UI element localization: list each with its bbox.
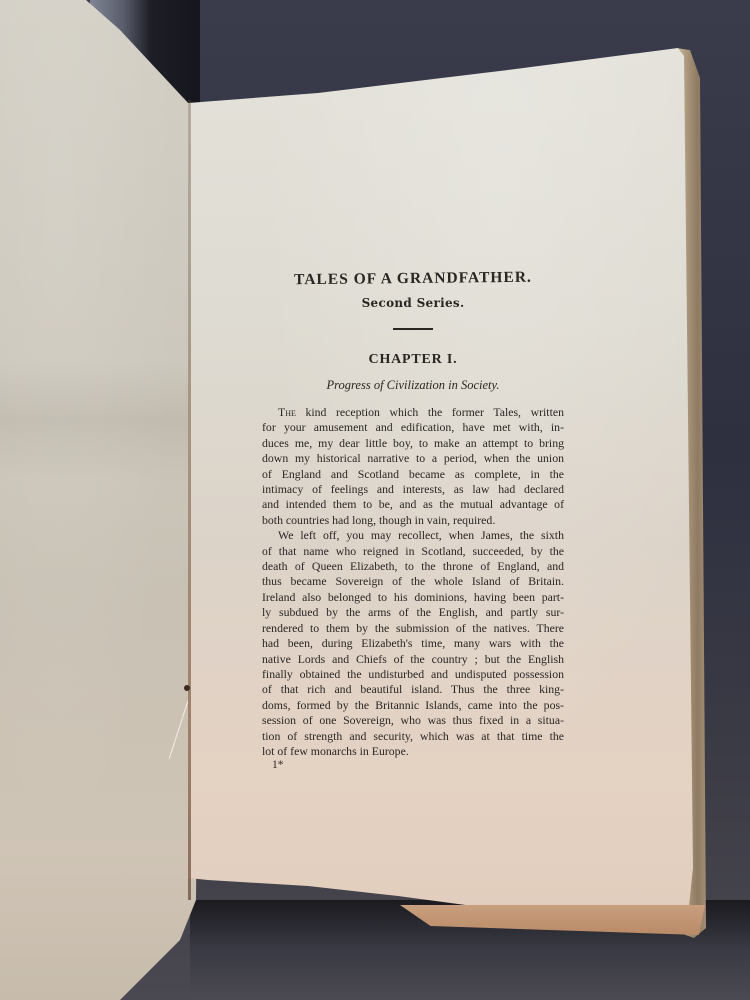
left-page <box>0 0 200 1000</box>
text-line: tion of strength and security, which was… <box>262 729 564 744</box>
printed-text-block: TALES OF A GRANDFATHER. Second Series. C… <box>262 270 564 771</box>
text-line-rest: kind reception which the former Tales, w… <box>296 405 564 419</box>
text-line: native Lords and Chiefs of the country ;… <box>262 652 564 667</box>
text-line: death of Queen Elizabeth, to the throne … <box>262 559 564 574</box>
text-line: of that rich and beautiful island. Thus … <box>262 682 564 697</box>
drop-word: The <box>278 405 296 419</box>
text-line: session of one Sovereign, who was thus f… <box>262 713 564 728</box>
text-line: finally obtained the undisturbed and und… <box>262 667 564 682</box>
text-line: for your amusement and edification, have… <box>262 420 564 435</box>
text-line: and intended them to be, and as the mutu… <box>262 497 564 512</box>
text-line: of that name who reigned in Scotland, su… <box>262 544 564 559</box>
text-line: had been, during Elizabeth's time, many … <box>262 636 564 651</box>
paragraph-2: We left off, you may recollect, when Jam… <box>262 528 564 759</box>
text-line: We left off, you may recollect, when Jam… <box>262 528 564 543</box>
chapter-subtitle: Progress of Civilization in Society. <box>262 378 564 393</box>
text-line: rendered to them by the submission of th… <box>262 621 564 636</box>
text-line: down my historical narrative to a period… <box>262 451 564 466</box>
text-line: Ireland also belonged to his dominions, … <box>262 590 564 605</box>
book-gutter <box>188 100 191 900</box>
binding-hole <box>184 685 190 691</box>
text-line: thus became Sovereign of the whole Islan… <box>262 574 564 589</box>
text-line: duces me, my dear little boy, to make an… <box>262 436 564 451</box>
text-line: doms, formed by the Britannic Islands, c… <box>262 698 564 713</box>
text-line: both countries had long, though in vain,… <box>262 513 564 528</box>
signature-mark: 1* <box>262 759 564 771</box>
book-title: TALES OF A GRANDFATHER. <box>262 268 564 289</box>
paragraph-1: The kind reception which the former Tale… <box>262 405 564 528</box>
text-line: lot of few monarchs in Europe. <box>262 744 564 759</box>
text-line: The kind reception which the former Tale… <box>262 405 564 420</box>
text-line: intimacy of feelings and interests, as l… <box>262 482 564 497</box>
chapter-heading: CHAPTER I. <box>262 352 564 368</box>
series-subtitle: Second Series. <box>262 296 564 310</box>
book-photo: TALES OF A GRANDFATHER. Second Series. C… <box>0 0 750 1000</box>
text-line: of England and Scotland became as comple… <box>262 467 564 482</box>
text-line: ly subdued by the arms of the English, a… <box>262 605 564 620</box>
decorative-rule <box>393 328 433 330</box>
page-shadow <box>0 360 200 480</box>
